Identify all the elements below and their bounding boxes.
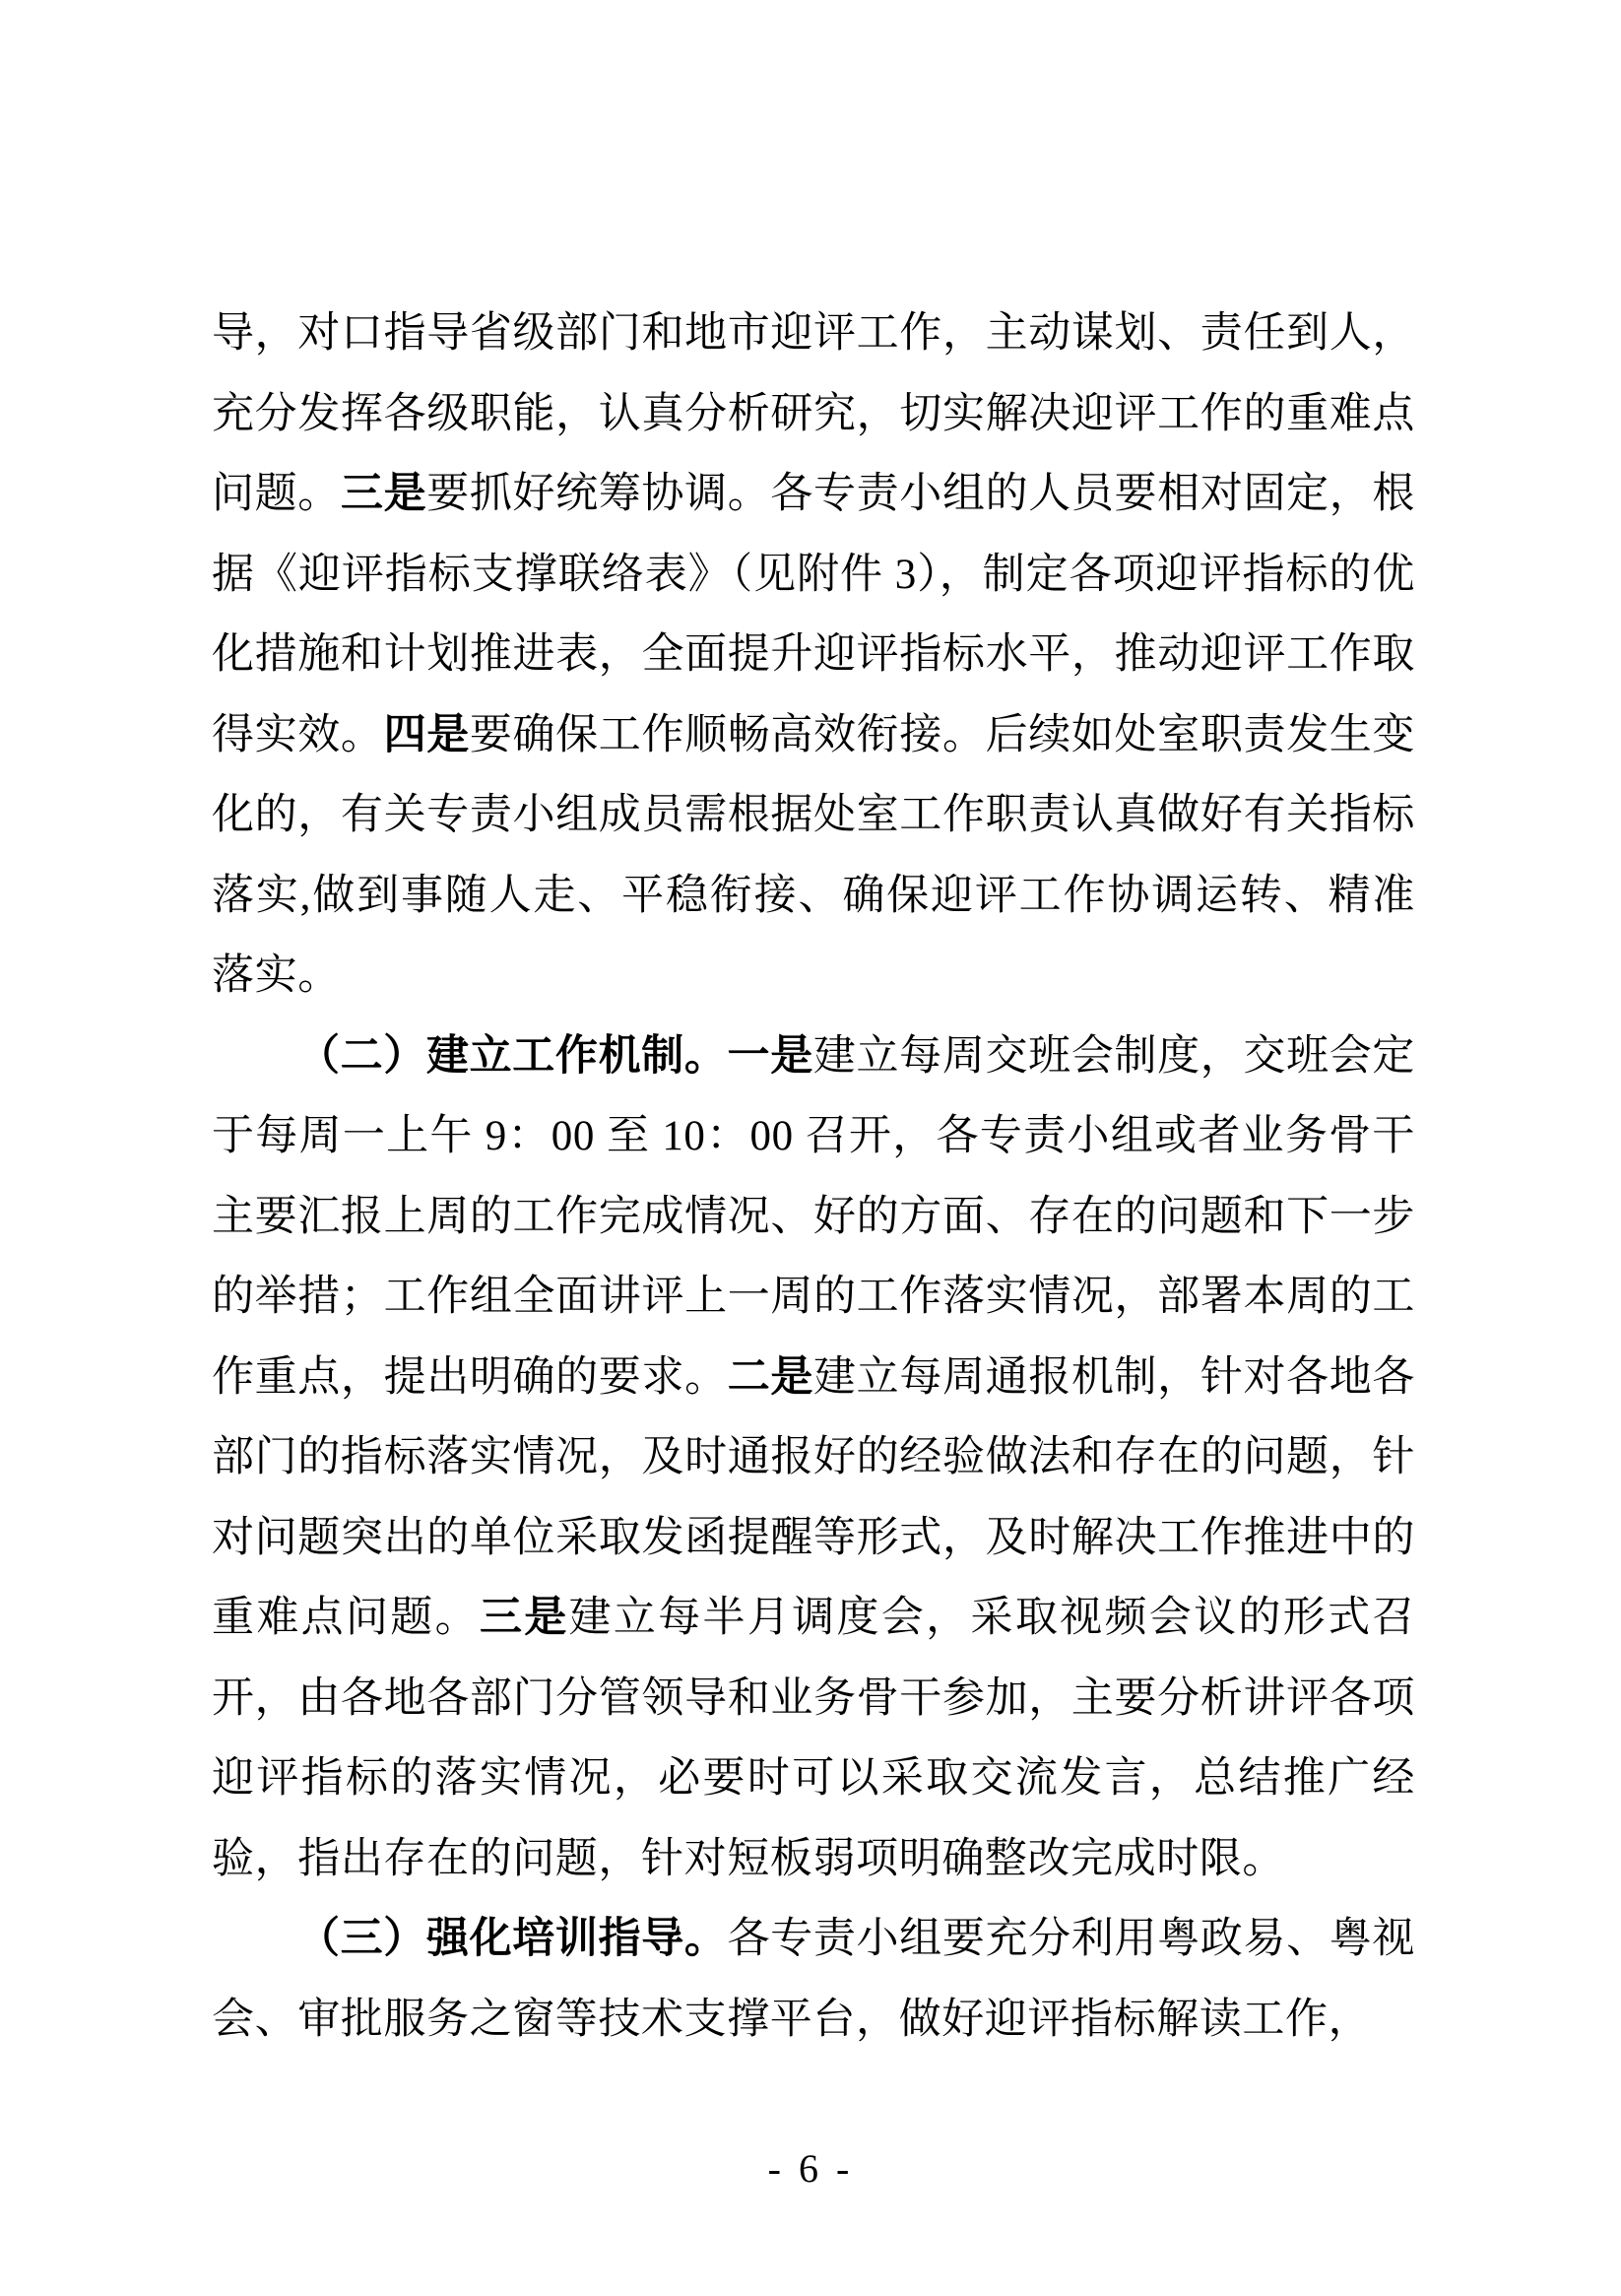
paragraph-segment-bold: （三）强化培训指导。 bbox=[297, 1916, 728, 1962]
paragraph: 导，对口指导省级部门和地市迎评工作，主动谋划、责任到人，充分发挥各级职能，认真分… bbox=[212, 294, 1415, 1017]
paragraph-segment-bold: 三是 bbox=[480, 1595, 569, 1641]
document-page: 导，对口指导省级部门和地市迎评工作，主动谋划、责任到人，充分发挥各级职能，认真分… bbox=[0, 0, 1621, 2296]
paragraph: （三）强化培训指导。各专责小组要充分利用粤政易、粤视会、审批服务之窗等技术支撑平… bbox=[212, 1899, 1415, 2060]
paragraph: （二）建立工作机制。一是建立每周交班会制度，交班会定于每周一上午 9：00 至 … bbox=[212, 1017, 1415, 1900]
paragraph-segment: 建立每周交班会制度，交班会定于每周一上午 9：00 至 10：00 召开，各专责… bbox=[212, 1033, 1415, 1401]
paragraph-segment-bold: （二）建立工作机制。一是 bbox=[297, 1033, 813, 1080]
paragraph-segment-bold: 四是 bbox=[384, 712, 470, 758]
paragraph-segment-bold: 二是 bbox=[728, 1354, 813, 1401]
paragraph-segment-bold: 三是 bbox=[341, 471, 426, 517]
page-number: - 6 - bbox=[0, 2145, 1621, 2192]
document-body: 导，对口指导省级部门和地市迎评工作，主动谋划、责任到人，充分发挥各级职能，认真分… bbox=[212, 294, 1415, 2060]
